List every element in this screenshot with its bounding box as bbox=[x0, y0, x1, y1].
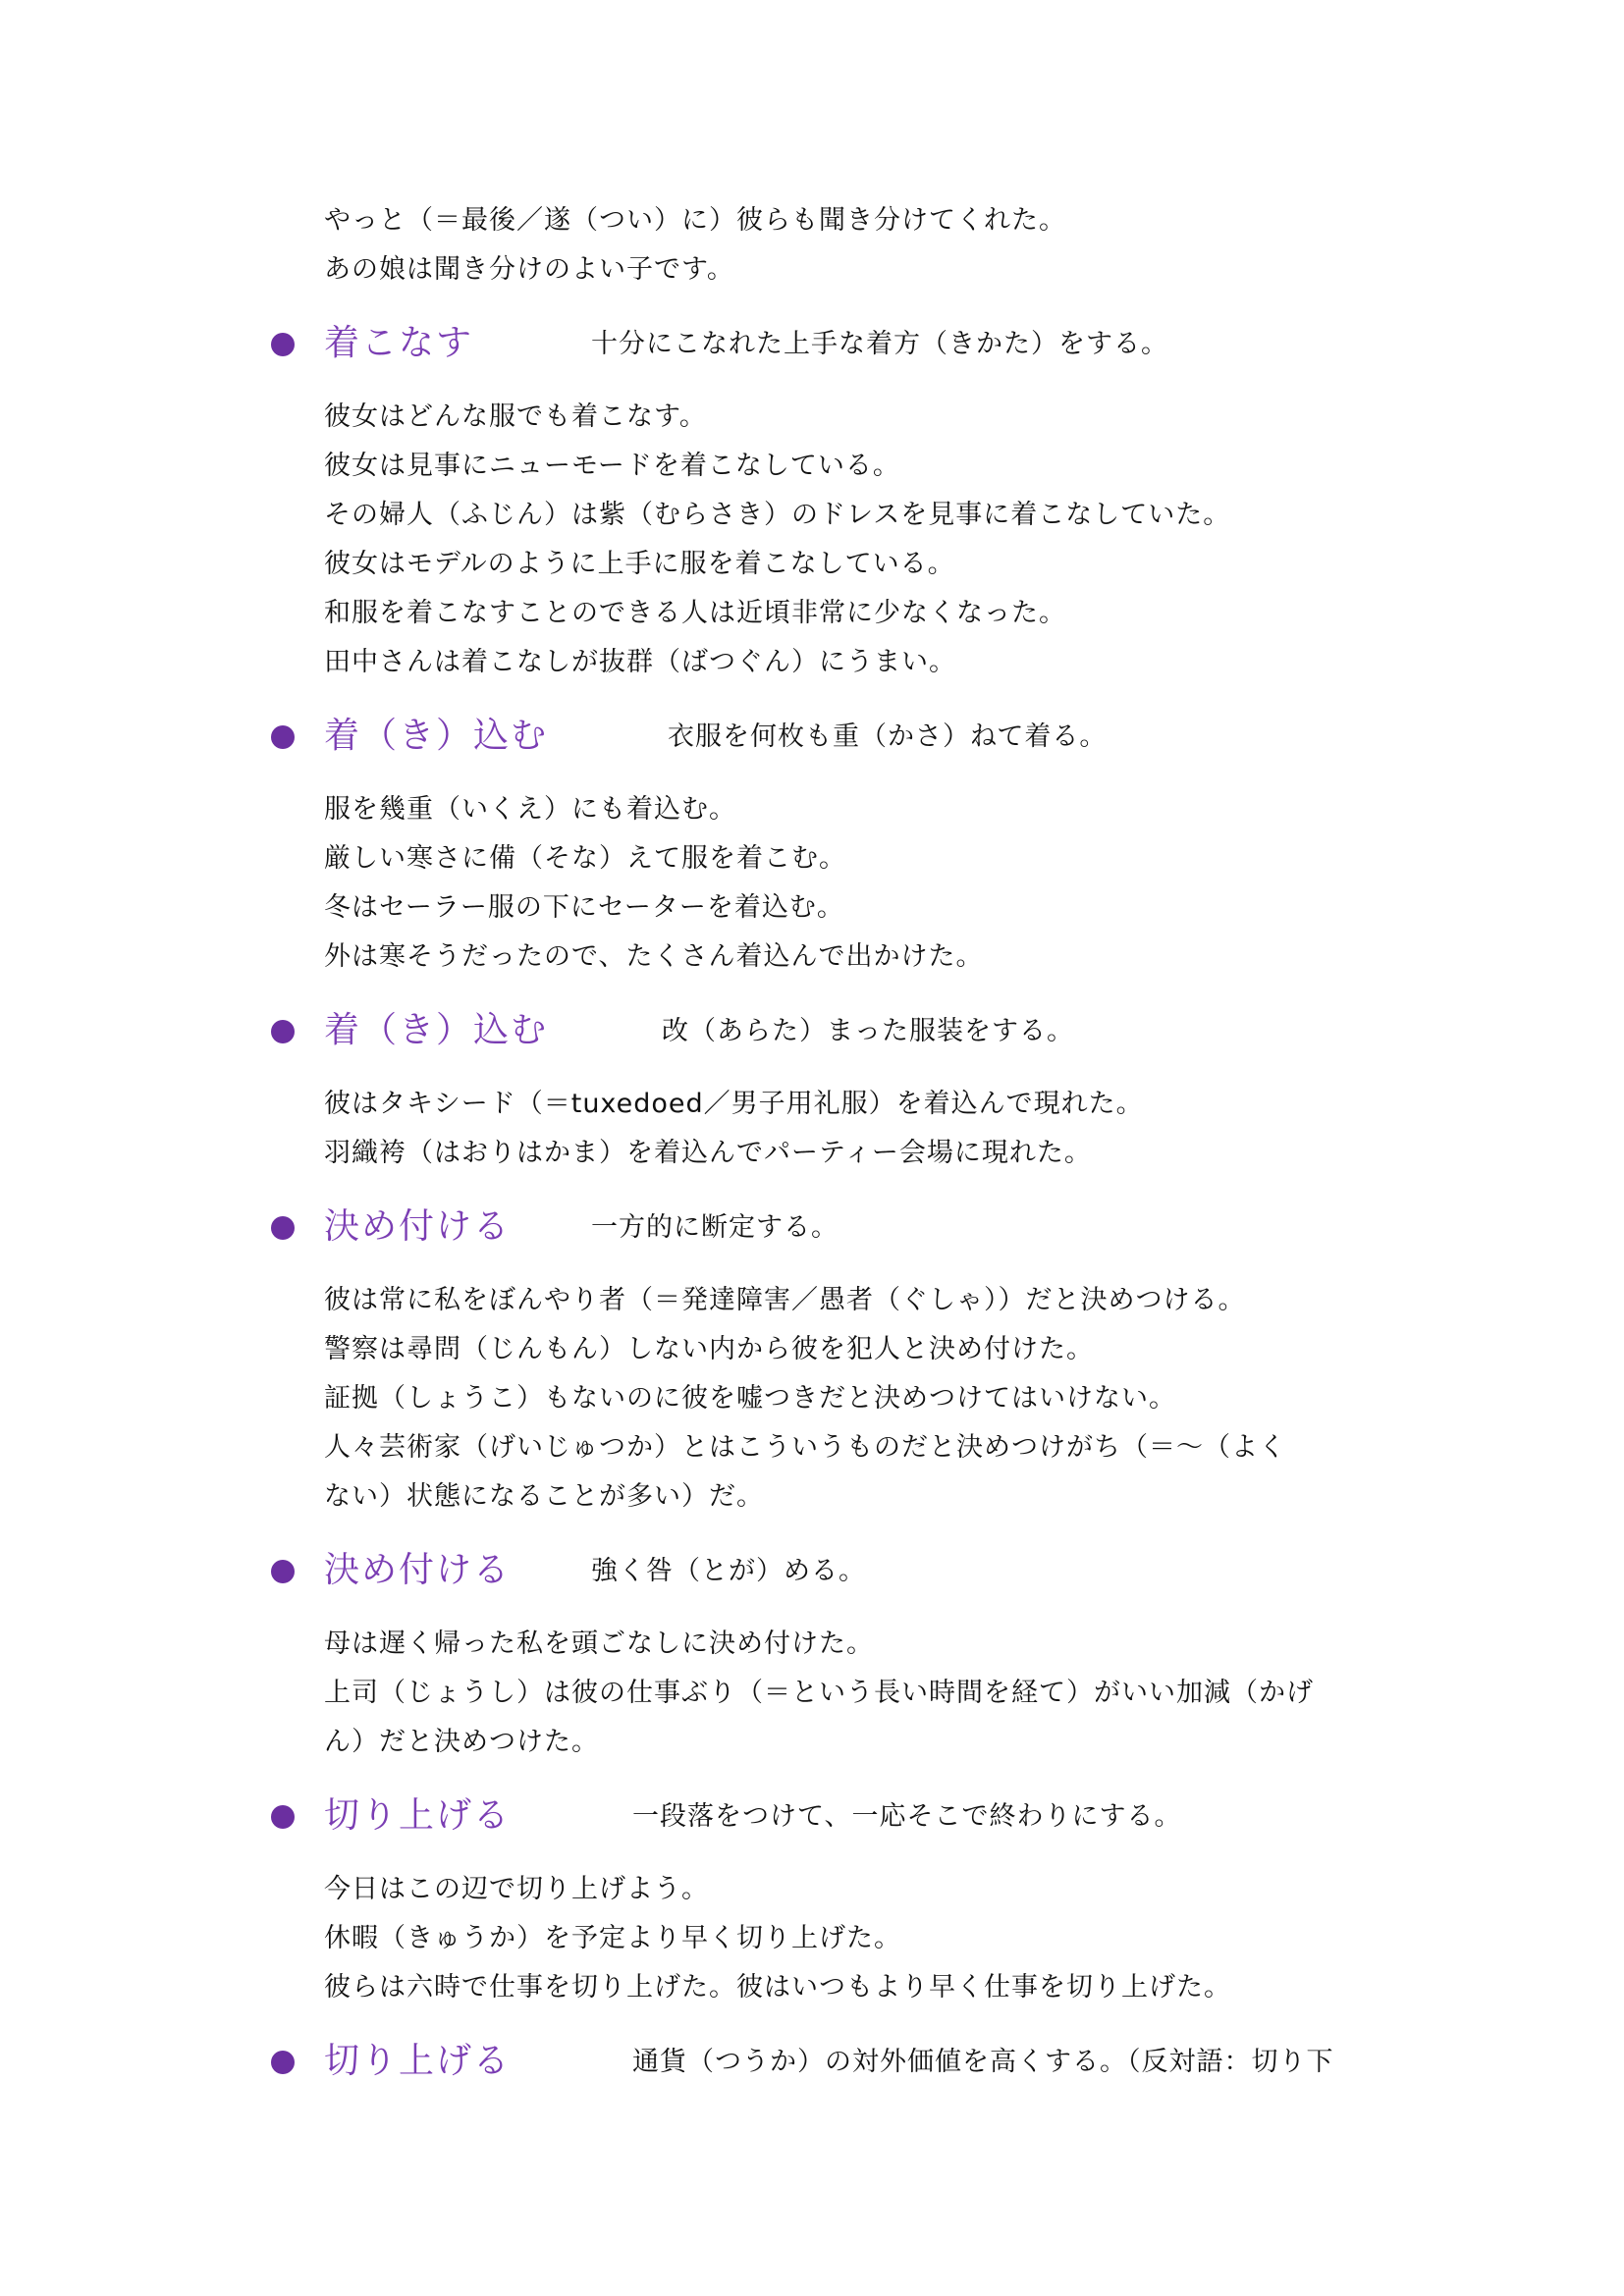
vocab-entry-heading: 決め付ける 強く咎（とが）める。 bbox=[267, 1546, 1445, 1595]
vocab-entry-heading: 切り上げる 一段落をつけて、一応そこで終わりにする。 bbox=[267, 1791, 1445, 1841]
example-line: ない）状態になることが多い）だ。 bbox=[324, 1479, 764, 1515]
vocab-entry-heading: 着（き）込む 衣服を何枚も重（かさ）ねて着る。 bbox=[267, 712, 1445, 761]
example-line: 外は寒そうだったので、たくさん着込んで出かけた。 bbox=[324, 939, 983, 975]
bullet-icon bbox=[271, 1020, 295, 1043]
example-line: やっと（＝最後／遂（つい）に）彼らも聞き分けてくれた。 bbox=[324, 203, 1066, 239]
example-line: 彼女はどんな服でも着こなす。 bbox=[324, 400, 707, 435]
vocab-definition: 衣服を何枚も重（かさ）ねて着る。 bbox=[668, 720, 1107, 755]
bullet-icon bbox=[271, 2051, 295, 2074]
vocab-entry-heading: 着こなす 十分にこなれた上手な着方（きかた）をする。 bbox=[267, 319, 1445, 368]
example-line: 冬はセーラー服の下にセーターを着込む。 bbox=[324, 890, 844, 926]
example-line: 警察は尋問（じんもん）しない内から彼を犯人と決め付けた。 bbox=[324, 1332, 1094, 1367]
example-line: あの娘は聞き分けのよい子です。 bbox=[324, 252, 734, 288]
document-page: やっと（＝最後／遂（つい）に）彼らも聞き分けてくれた。 あの娘は聞き分けのよい子… bbox=[0, 0, 1624, 2296]
example-line: 和服を着こなすことのできる人は近頃非常に少なくなった。 bbox=[324, 596, 1066, 631]
example-line: 上司（じょうし）は彼の仕事ぶり（＝という長い時間を経て）がいい加減（かげ bbox=[324, 1676, 1314, 1711]
vocab-term: 決め付ける bbox=[324, 1546, 511, 1595]
vocab-entry-heading: 切り上げる 通貨（つうか）の対外価値を高くする。（反対語：切り下 bbox=[267, 2037, 1445, 2086]
vocab-term: 着こなす bbox=[324, 319, 473, 368]
vocab-definition: 一方的に断定する。 bbox=[591, 1210, 839, 1246]
example-line: 服を幾重（いくえ）にも着込む。 bbox=[324, 792, 736, 828]
example-line: 人々芸術家（げいじゅつか）とはこういうものだと決めつけがち（＝～（よく bbox=[324, 1430, 1286, 1466]
example-line: 彼女は見事にニューモードを着こなしている。 bbox=[324, 449, 900, 484]
vocab-entry-heading: 決め付ける 一方的に断定する。 bbox=[267, 1202, 1445, 1252]
example-line: その婦人（ふじん）は紫（むらさき）のドレスを見事に着こなしていた。 bbox=[324, 498, 1230, 533]
example-line: ん）だと決めつけた。 bbox=[324, 1725, 599, 1760]
bullet-icon bbox=[271, 1805, 295, 1829]
vocab-term: 着（き）込む bbox=[324, 712, 548, 761]
example-line: 羽織袴（はおりはかま）を着込んでパーティー会場に現れた。 bbox=[324, 1136, 1092, 1171]
example-line: 証拠（しょうこ）もないのに彼を嘘つきだと決めつけてはいけない。 bbox=[324, 1381, 1176, 1416]
bullet-icon bbox=[271, 1560, 295, 1583]
example-line: 休暇（きゅうか）を予定より早く切り上げた。 bbox=[324, 1921, 901, 1956]
example-line: 彼はタキシード（＝tuxedoed／男子用礼服）を着込んで現れた。 bbox=[324, 1087, 1144, 1122]
vocab-entry-heading: 着（き）込む 改（あらた）まった服装をする。 bbox=[267, 1006, 1445, 1055]
example-line: 彼は常に私をぼんやり者（＝発達障害／愚者（ぐしゃ））だと決めつける。 bbox=[324, 1283, 1246, 1318]
vocab-definition: 一段落をつけて、一応そこで終わりにする。 bbox=[632, 1799, 1181, 1835]
example-line: 今日はこの辺で切り上げよう。 bbox=[324, 1872, 709, 1907]
example-line: 彼らは六時で仕事を切り上げた。彼はいつもより早く仕事を切り上げた。 bbox=[324, 1970, 1231, 2005]
bullet-icon bbox=[271, 1216, 295, 1240]
bullet-icon bbox=[271, 333, 295, 356]
vocab-term: 決め付ける bbox=[324, 1202, 511, 1252]
example-line: 厳しい寒さに備（そな）えて服を着こむ。 bbox=[324, 841, 846, 877]
vocab-term: 切り上げる bbox=[324, 2037, 511, 2086]
vocab-term: 切り上げる bbox=[324, 1791, 511, 1841]
vocab-definition: 十分にこなれた上手な着方（きかた）をする。 bbox=[591, 327, 1168, 362]
bullet-icon bbox=[271, 725, 295, 749]
vocab-term: 着（き）込む bbox=[324, 1006, 548, 1055]
example-line: 田中さんは着こなしが抜群（ばつぐん）にうまい。 bbox=[324, 645, 956, 680]
vocab-definition: 通貨（つうか）の対外価値を高くする。（反対語：切り下 bbox=[632, 2045, 1334, 2080]
example-line: 母は遅く帰った私を頭ごなしに決め付けた。 bbox=[324, 1627, 874, 1662]
vocab-definition: 改（あらた）まった服装をする。 bbox=[662, 1014, 1074, 1049]
vocab-definition: 強く咎（とが）める。 bbox=[591, 1554, 866, 1589]
example-line: 彼女はモデルのように上手に服を着こなしている。 bbox=[324, 547, 955, 582]
